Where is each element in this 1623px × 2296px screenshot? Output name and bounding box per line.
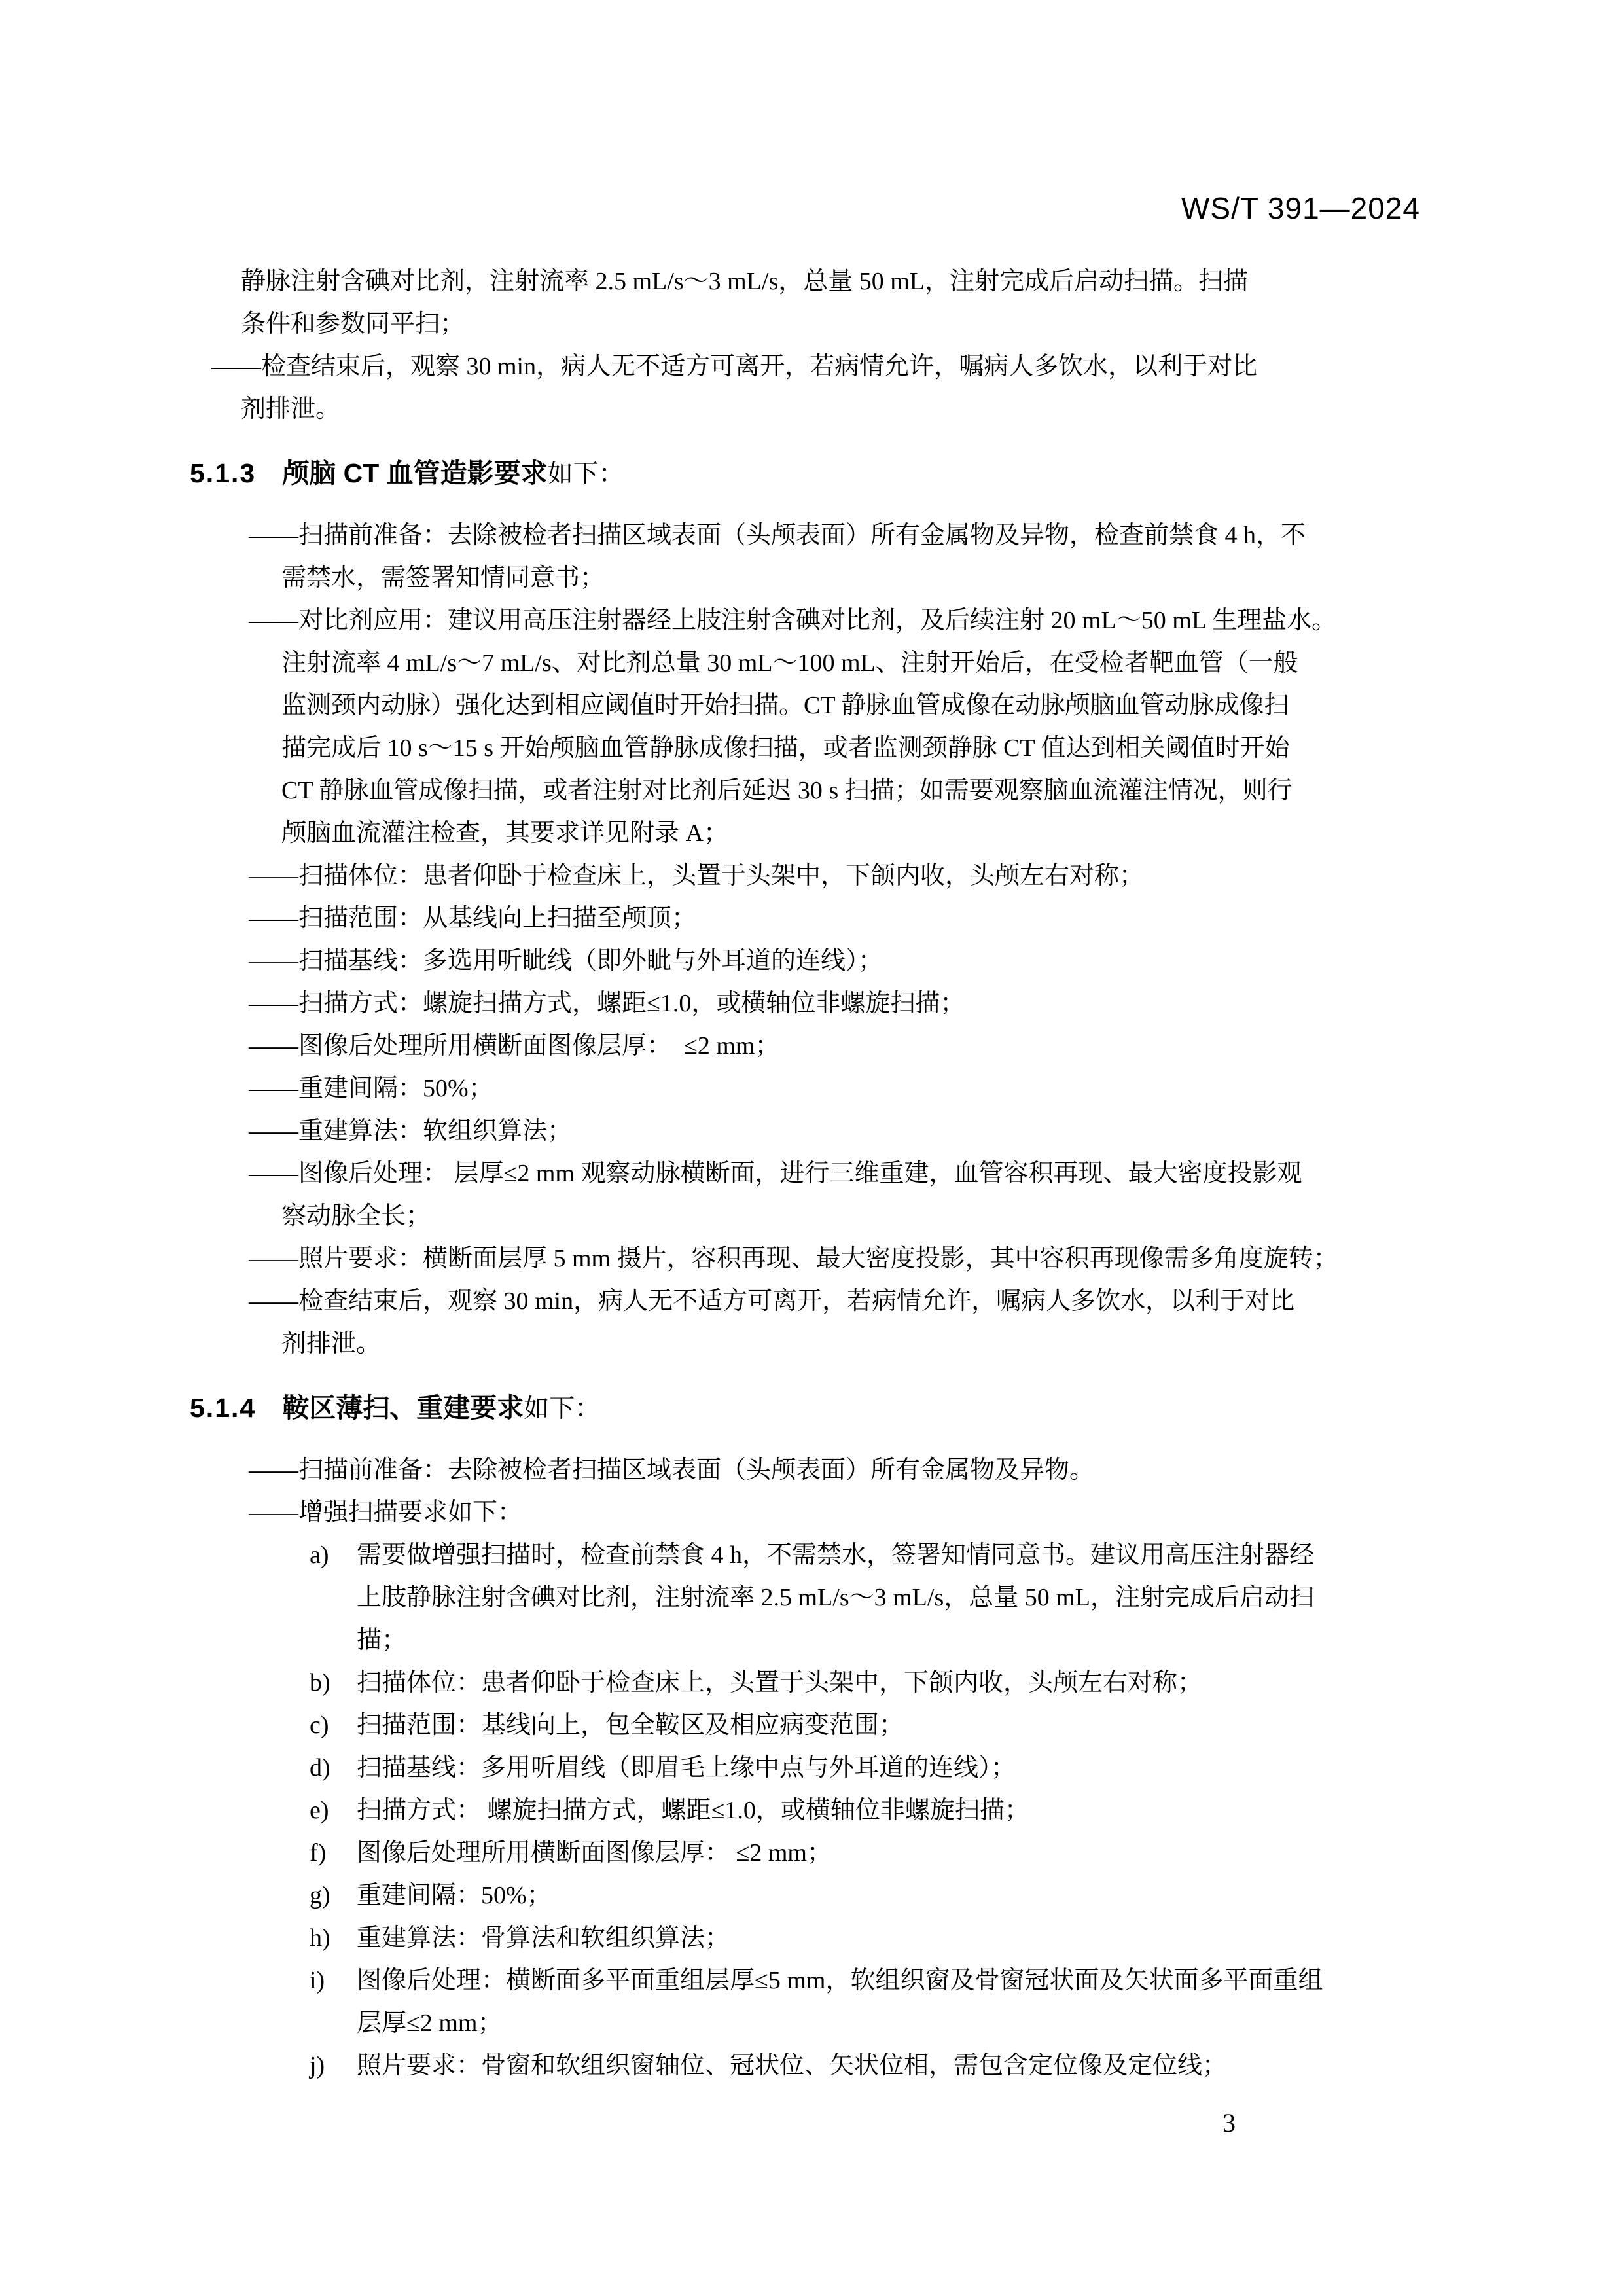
text-line: CT 静脉血管成像扫描，或者注射对比剂后延迟 30 s 扫描；如需要观察脑血流灌… xyxy=(0,770,1623,812)
text-line: 察动脉全长； xyxy=(0,1195,1623,1238)
section-title-suffix: 如下： xyxy=(524,1395,600,1423)
list-item-text: 扫描范围：基线向上，包全鞍区及相应病变范围； xyxy=(357,1712,904,1739)
text-line: 静脉注射含碘对比剂，注射流率 2.5 mL/s～3 mL/s，总量 50 mL，… xyxy=(0,260,1623,303)
document-body: 静脉注射含碘对比剂，注射流率 2.5 mL/s～3 mL/s，总量 50 mL，… xyxy=(0,260,1623,2087)
list-item-line: a)需要做增强扫描时，检查前禁食 4 h，不需禁水，签署知情同意书。建议用高压注… xyxy=(0,1534,1623,1577)
text-line: ——扫描方式：螺旋扫描方式，螺距≤1.0，或横轴位非螺旋扫描； xyxy=(0,982,1623,1025)
text-line: ——检查结束后，观察 30 min，病人无不适方可离开，若病情允许，嘱病人多饮水… xyxy=(0,346,1623,388)
text-line: ——对比剂应用：建议用高压注射器经上肢注射含碘对比剂，及后续注射 20 mL～5… xyxy=(0,600,1623,642)
document-page: WS/T 391—2024 静脉注射含碘对比剂，注射流率 2.5 mL/s～3 … xyxy=(0,0,1623,2296)
text-line: ——照片要求：横断面层厚 5 mm 摄片，容积再现、最大密度投影，其中容积再现像… xyxy=(0,1238,1623,1280)
list-marker: b) xyxy=(310,1662,357,1704)
list-marker: i) xyxy=(310,1960,357,2002)
text-line: ——扫描体位：患者仰卧于检查床上，头置于头架中，下颌内收，头颅左右对称； xyxy=(0,855,1623,897)
text-line: ——图像后处理所用横断面图像层厚： ≤2 mm； xyxy=(0,1025,1623,1067)
text-line: 上肢静脉注射含碘对比剂，注射流率 2.5 mL/s～3 mL/s，总量 50 m… xyxy=(0,1577,1623,1619)
section-title: 鞍区薄扫、重建要求 xyxy=(282,1393,524,1423)
list-item-text: 扫描体位：患者仰卧于检查床上，头置于头架中，下颌内收，头颅左右对称； xyxy=(357,1669,1202,1696)
text-line: 剂排泄。 xyxy=(0,1323,1623,1365)
text-line: ——重建间隔：50%； xyxy=(0,1067,1623,1110)
list-item-line: g)重建间隔：50%； xyxy=(0,1874,1623,1917)
text-line: 描； xyxy=(0,1619,1623,1662)
list-marker: e) xyxy=(310,1789,357,1832)
text-line: ——扫描前准备：去除被检者扫描区域表面（头颅表面）所有金属物及异物，检查前禁食 … xyxy=(0,514,1623,557)
text-line: ——扫描范围：从基线向上扫描至颅顶； xyxy=(0,897,1623,940)
list-item-text: 重建间隔：50%； xyxy=(357,1882,552,1909)
list-marker: h) xyxy=(310,1917,357,1960)
list-marker: d) xyxy=(310,1747,357,1789)
section-number: 5.1.4 xyxy=(190,1393,256,1423)
text-line: 条件和参数同平扫； xyxy=(0,303,1623,346)
list-item-line: f)图像后处理所用横断面图像层厚： ≤2 mm； xyxy=(0,1832,1623,1874)
list-marker: a) xyxy=(310,1534,357,1577)
list-item-text: 需要做增强扫描时，检查前禁食 4 h，不需禁水，签署知情同意书。建议用高压注射器… xyxy=(357,1541,1314,1569)
list-item-line: e)扫描方式： 螺旋扫描方式，螺距≤1.0，或横轴位非螺旋扫描； xyxy=(0,1789,1623,1832)
list-item-text: 扫描方式： 螺旋扫描方式，螺距≤1.0，或横轴位非螺旋扫描； xyxy=(357,1797,1029,1824)
section-title-suffix: 如下： xyxy=(548,460,624,488)
standard-number-header: WS/T 391—2024 xyxy=(0,192,1420,224)
list-marker: j) xyxy=(310,2045,357,2087)
text-line: ——图像后处理： 层厚≤2 mm 观察动脉横断面，进行三维重建，血管容积再现、最… xyxy=(0,1153,1623,1195)
list-item-line: c)扫描范围：基线向上，包全鞍区及相应病变范围； xyxy=(0,1704,1623,1747)
section-heading: 5.1.3颅脑 CT 血管造影要求如下： xyxy=(0,452,1623,495)
list-item-line: d)扫描基线：多用听眉线（即眉毛上缘中点与外耳道的连线）； xyxy=(0,1747,1623,1789)
page-number: 3 xyxy=(1222,2108,1236,2139)
list-marker: f) xyxy=(310,1832,357,1874)
text-line: 颅脑血流灌注检查，其要求详见附录 A； xyxy=(0,812,1623,855)
list-item-text: 照片要求：骨窗和软组织窗轴位、冠状位、矢状位相，需包含定位像及定位线； xyxy=(357,2052,1227,2079)
section-heading: 5.1.4鞍区薄扫、重建要求如下： xyxy=(0,1387,1623,1429)
list-item-text: 重建算法：骨算法和软组织算法； xyxy=(357,1924,730,1952)
list-marker: g) xyxy=(310,1874,357,1917)
list-item-text: 图像后处理所用横断面图像层厚： ≤2 mm； xyxy=(357,1839,832,1867)
text-line: ——检查结束后，观察 30 min，病人无不适方可离开，若病情允许，嘱病人多饮水… xyxy=(0,1280,1623,1323)
list-item-text: 扫描基线：多用听眉线（即眉毛上缘中点与外耳道的连线）； xyxy=(357,1754,1016,1782)
text-line: ——重建算法：软组织算法； xyxy=(0,1110,1623,1153)
section-number: 5.1.3 xyxy=(190,458,256,488)
text-line: ——增强扫描要求如下： xyxy=(0,1492,1623,1534)
text-line: 监测颈内动脉）强化达到相应阈值时开始扫描。CT 静脉血管成像在动脉颅脑血管动脉成… xyxy=(0,685,1623,727)
list-item-line: i)图像后处理：横断面多平面重组层厚≤5 mm，软组织窗及骨窗冠状面及矢状面多平… xyxy=(0,1960,1623,2002)
text-line: ——扫描基线：多选用听眦线（即外眦与外耳道的连线）； xyxy=(0,940,1623,982)
text-line: 剂排泄。 xyxy=(0,388,1623,431)
list-item-line: b)扫描体位：患者仰卧于检查床上，头置于头架中，下颌内收，头颅左右对称； xyxy=(0,1662,1623,1704)
list-item-line: j)照片要求：骨窗和软组织窗轴位、冠状位、矢状位相，需包含定位像及定位线； xyxy=(0,2045,1623,2087)
section-title: 颅脑 CT 血管造影要求 xyxy=(282,458,547,488)
text-line: 需禁水，需签署知情同意书； xyxy=(0,557,1623,600)
text-line: 注射流率 4 mL/s～7 mL/s、对比剂总量 30 mL～100 mL、注射… xyxy=(0,642,1623,685)
list-item-text: 图像后处理：横断面多平面重组层厚≤5 mm，软组织窗及骨窗冠状面及矢状面多平面重… xyxy=(357,1967,1323,1994)
list-marker: c) xyxy=(310,1704,357,1747)
text-line: ——扫描前准备：去除被检者扫描区域表面（头颅表面）所有金属物及异物。 xyxy=(0,1449,1623,1492)
text-line: 描完成后 10 s～15 s 开始颅脑血管静脉成像扫描，或者监测颈静脉 CT 值… xyxy=(0,727,1623,770)
list-item-line: h)重建算法：骨算法和软组织算法； xyxy=(0,1917,1623,1960)
text-line: 层厚≤2 mm； xyxy=(0,2002,1623,2045)
